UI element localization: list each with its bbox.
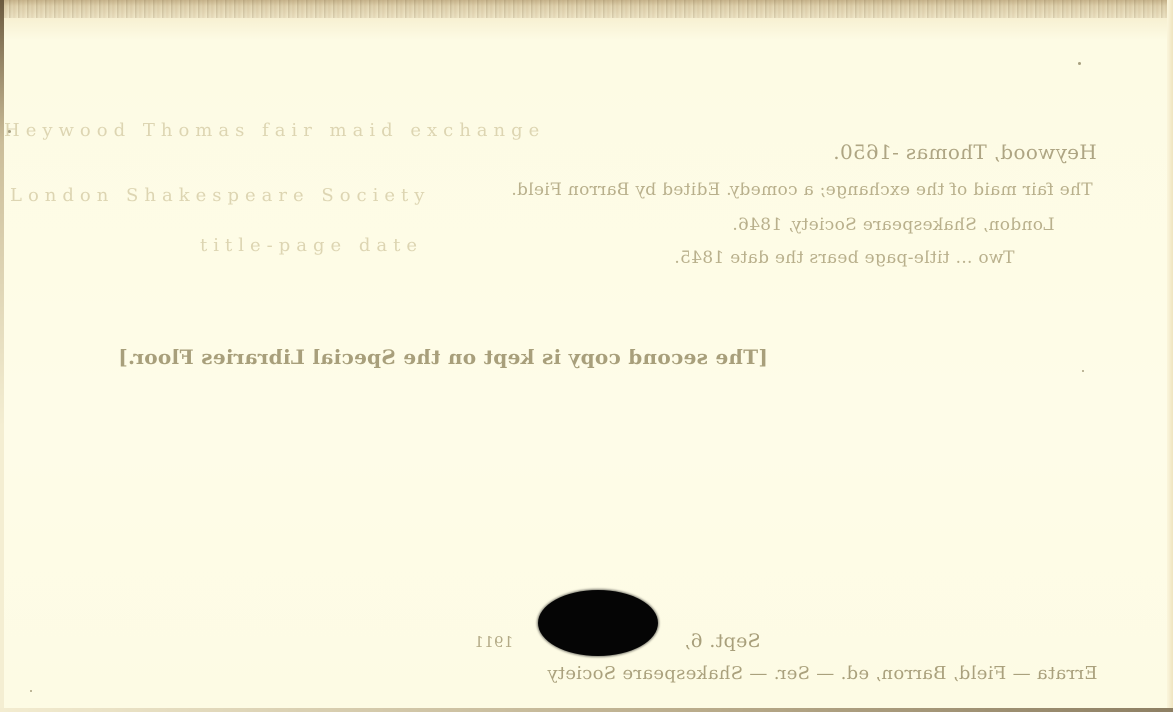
paper-speck: [30, 690, 32, 692]
front-ghost-text-1: Heywood Thomas fair maid exchange: [4, 120, 545, 141]
accession-year: 1911: [474, 633, 513, 651]
punch-hole: [538, 590, 658, 656]
card-right-edge: [1167, 0, 1173, 712]
card-left-edge: [0, 0, 4, 712]
catalog-card: Heywood Thomas fair maid exchange London…: [0, 0, 1173, 712]
card-top-edge: [0, 0, 1173, 18]
imprint-line: London, Shakespeare Society, 1846.: [732, 215, 1055, 235]
tracings-line: Errata — Field, Barron, ed. — Ser. — Sha…: [547, 663, 1097, 684]
location-note: [The second copy is kept on the Special …: [118, 345, 768, 369]
front-ghost-text-3: title-page date: [200, 235, 423, 256]
author-dates: -1650.: [833, 140, 899, 164]
paper-speck: [1082, 370, 1084, 372]
card-heading: Heywood, Thomas -1650.: [763, 140, 1097, 164]
paper-speck: [8, 130, 11, 133]
collation-line: Two ... title-page bears the date 1845.: [674, 248, 1015, 268]
paper-speck: [1078, 62, 1081, 65]
accession-date: Sept. 6,: [684, 630, 761, 652]
title-line: The fair maid of the exchange; a comedy.…: [511, 180, 1093, 200]
card-bottom-edge: [0, 708, 1173, 712]
author-name: Heywood, Thomas: [906, 140, 1097, 164]
front-ghost-text-2: London Shakespeare Society: [10, 185, 430, 206]
